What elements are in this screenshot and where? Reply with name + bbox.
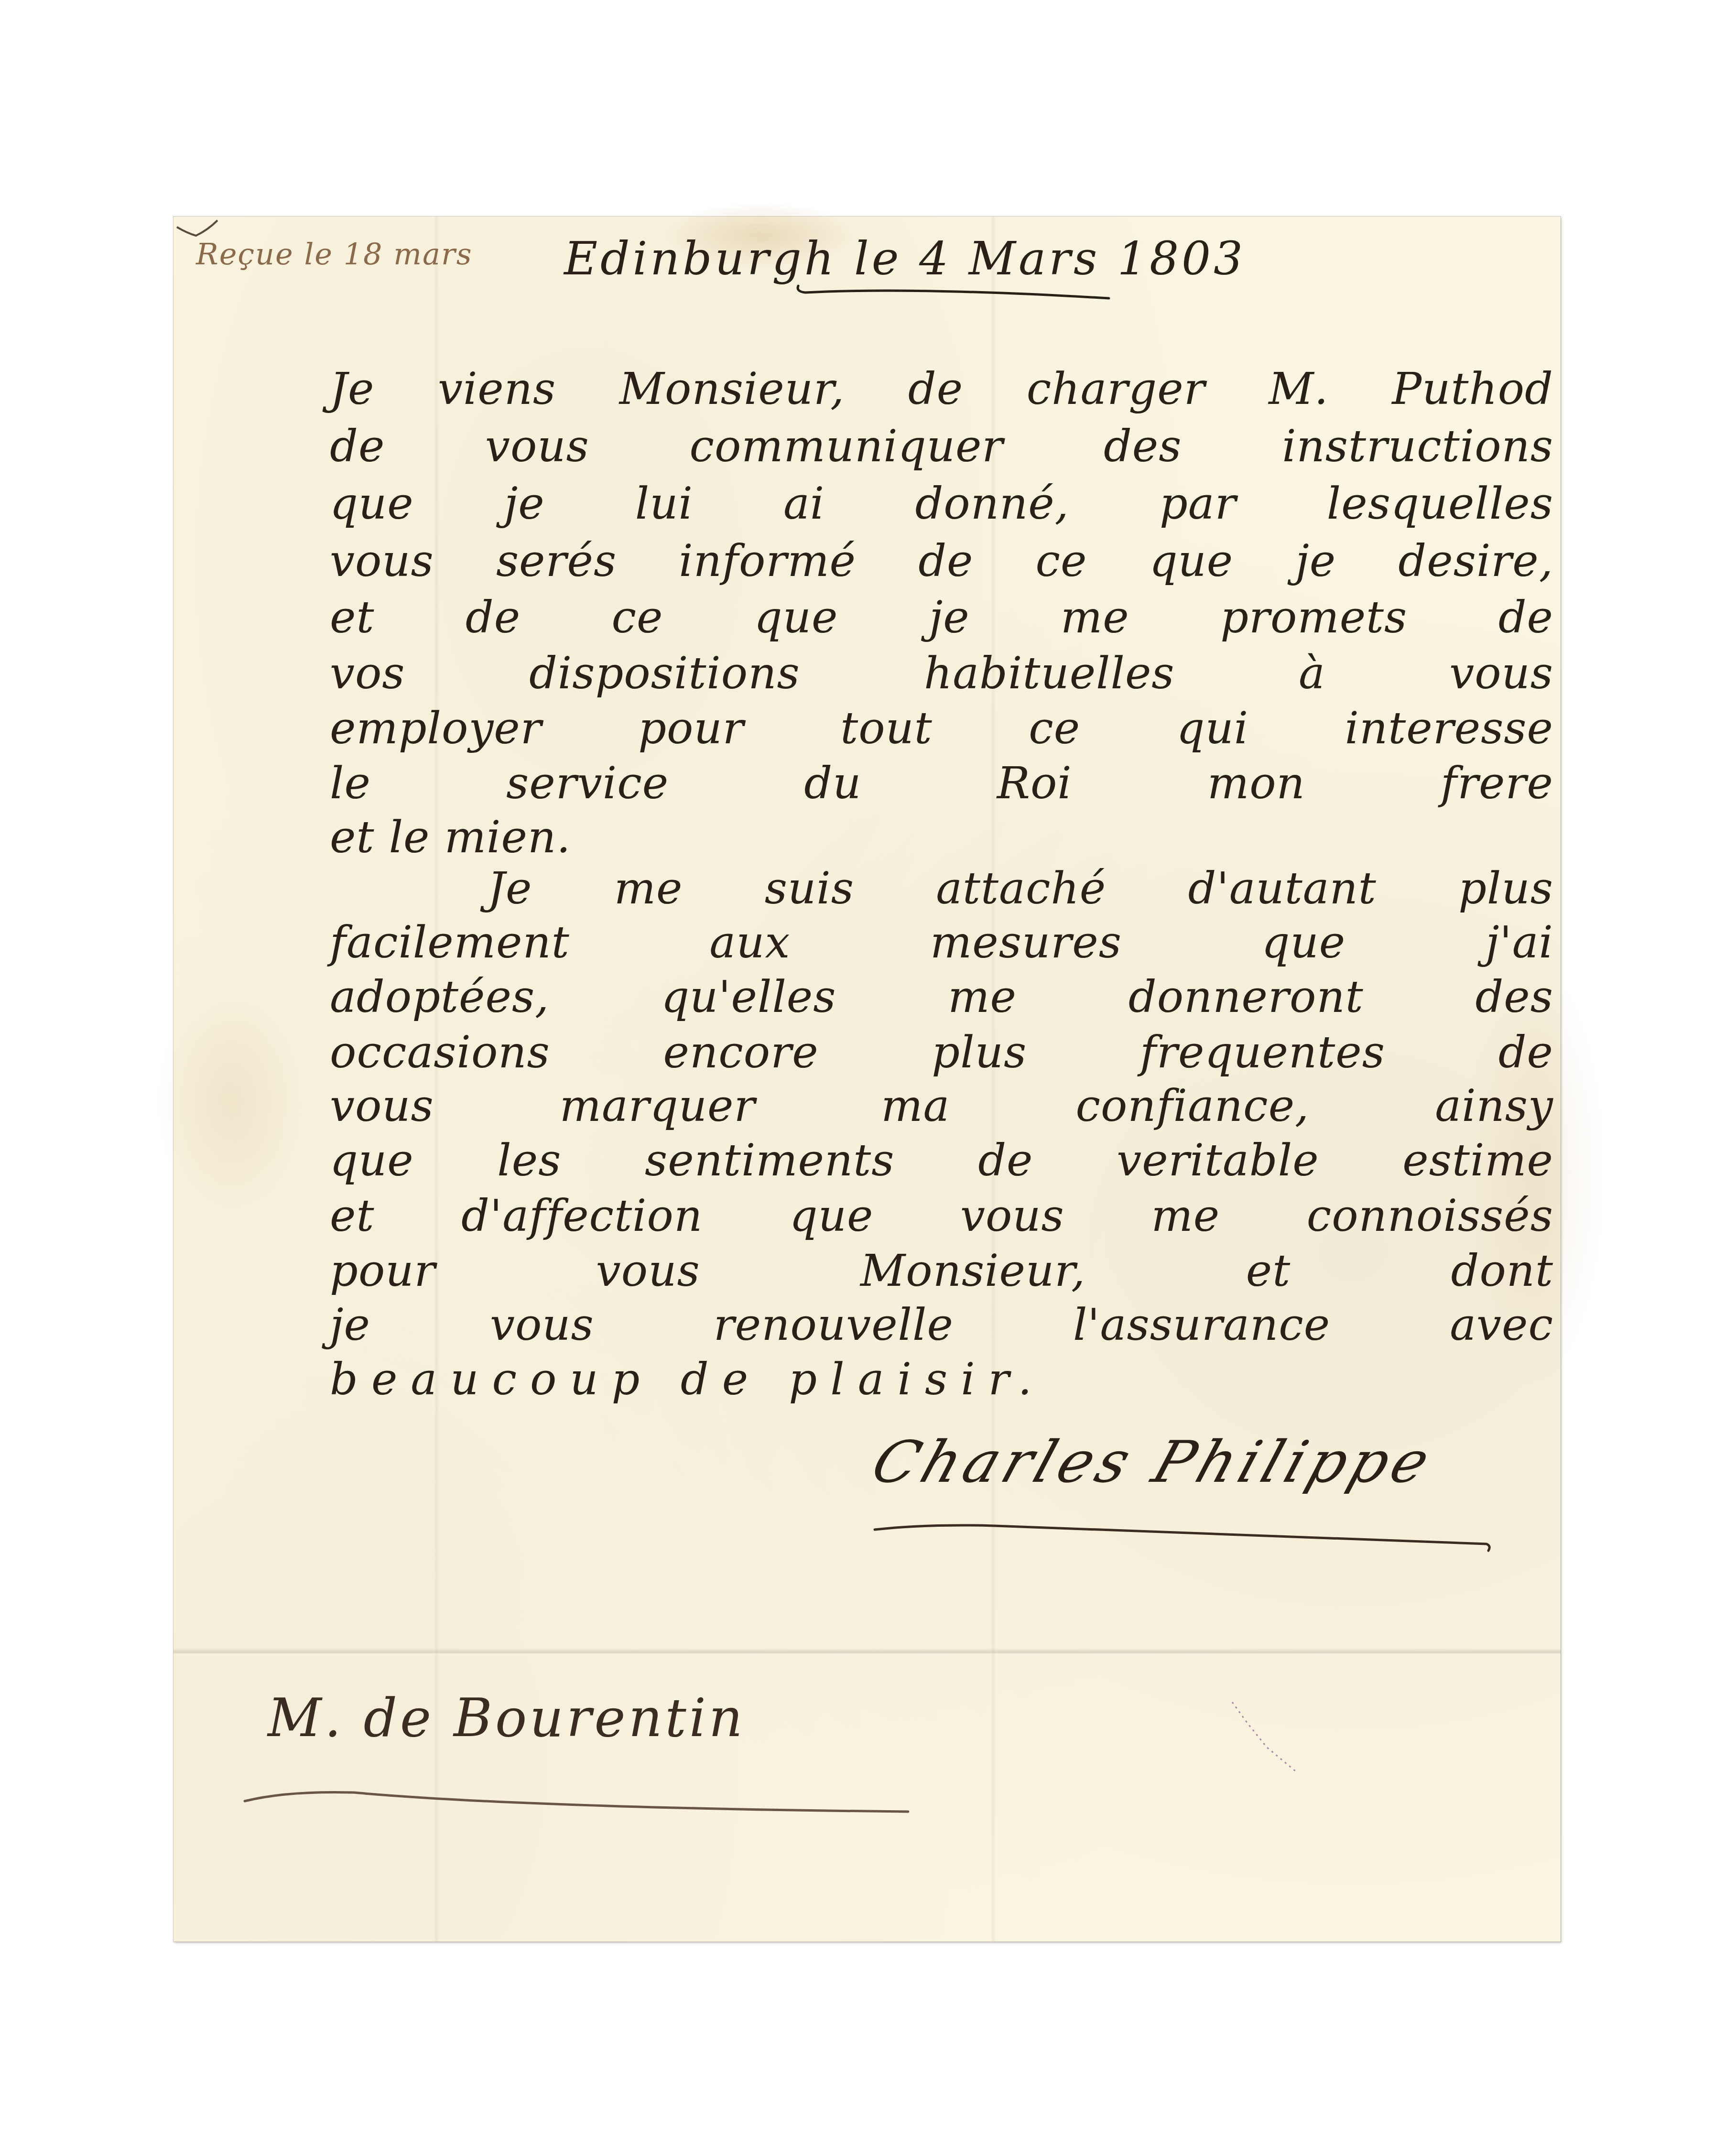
signature: Charles Philippe [864,1429,1442,1496]
body-line: vos dispositions habituelles à vous [330,648,1553,699]
address-underline [239,1788,918,1821]
reception-annotation: Reçue le 18 mars [196,237,472,272]
letter-paper [174,217,1561,1942]
body-line: occasions encore plus frequentes de [330,1027,1553,1078]
dateline-underline [793,282,1118,306]
body-line: le service du Roi mon frere [330,758,1553,809]
body-line: que les sentiments de veritable estime [330,1135,1553,1186]
body-line: et de ce que je me promets de [330,592,1553,643]
body-line: vous marquer ma confiance, ainsy [330,1080,1553,1131]
body-line: employer pour tout ce qui interesse [330,703,1553,754]
body-line: Je viens Monsieur, de charger M. Puthod [330,363,1553,414]
body-line: et le mien. [330,812,571,863]
body-line: et d'affection que vous me connoissés [330,1190,1553,1241]
body-line: Je me suis attaché d'autant plus [488,863,1553,914]
body-line: de vous communiquer des instructions [330,421,1553,472]
body-line: facilement aux mesures que j'ai [330,917,1553,968]
faint-purple-mark [1228,1699,1300,1776]
body-line: pour vous Monsieur, et dont [330,1245,1553,1296]
body-line: que je lui ai donné, par lesquelles [330,478,1553,529]
letter-dateline: Edinburgh le 4 Mars 1803 [564,232,1246,285]
fold-crease-vertical-left [434,217,439,1942]
fold-crease-vertical-right [991,217,996,1942]
body-line: beaucoup de plaisir. [330,1354,1045,1405]
body-line: je vous renouvelle l'assurance avec [330,1299,1553,1350]
fold-crease-horizontal [174,1648,1561,1655]
body-line: vous serés informé de ce que je desire, [330,535,1553,587]
body-line: adoptées, qu'elles me donneront des [330,971,1553,1022]
signature-underline [870,1515,1501,1553]
recipient-address: M. de Bourentin [268,1687,746,1749]
foxing-left [154,981,307,1220]
